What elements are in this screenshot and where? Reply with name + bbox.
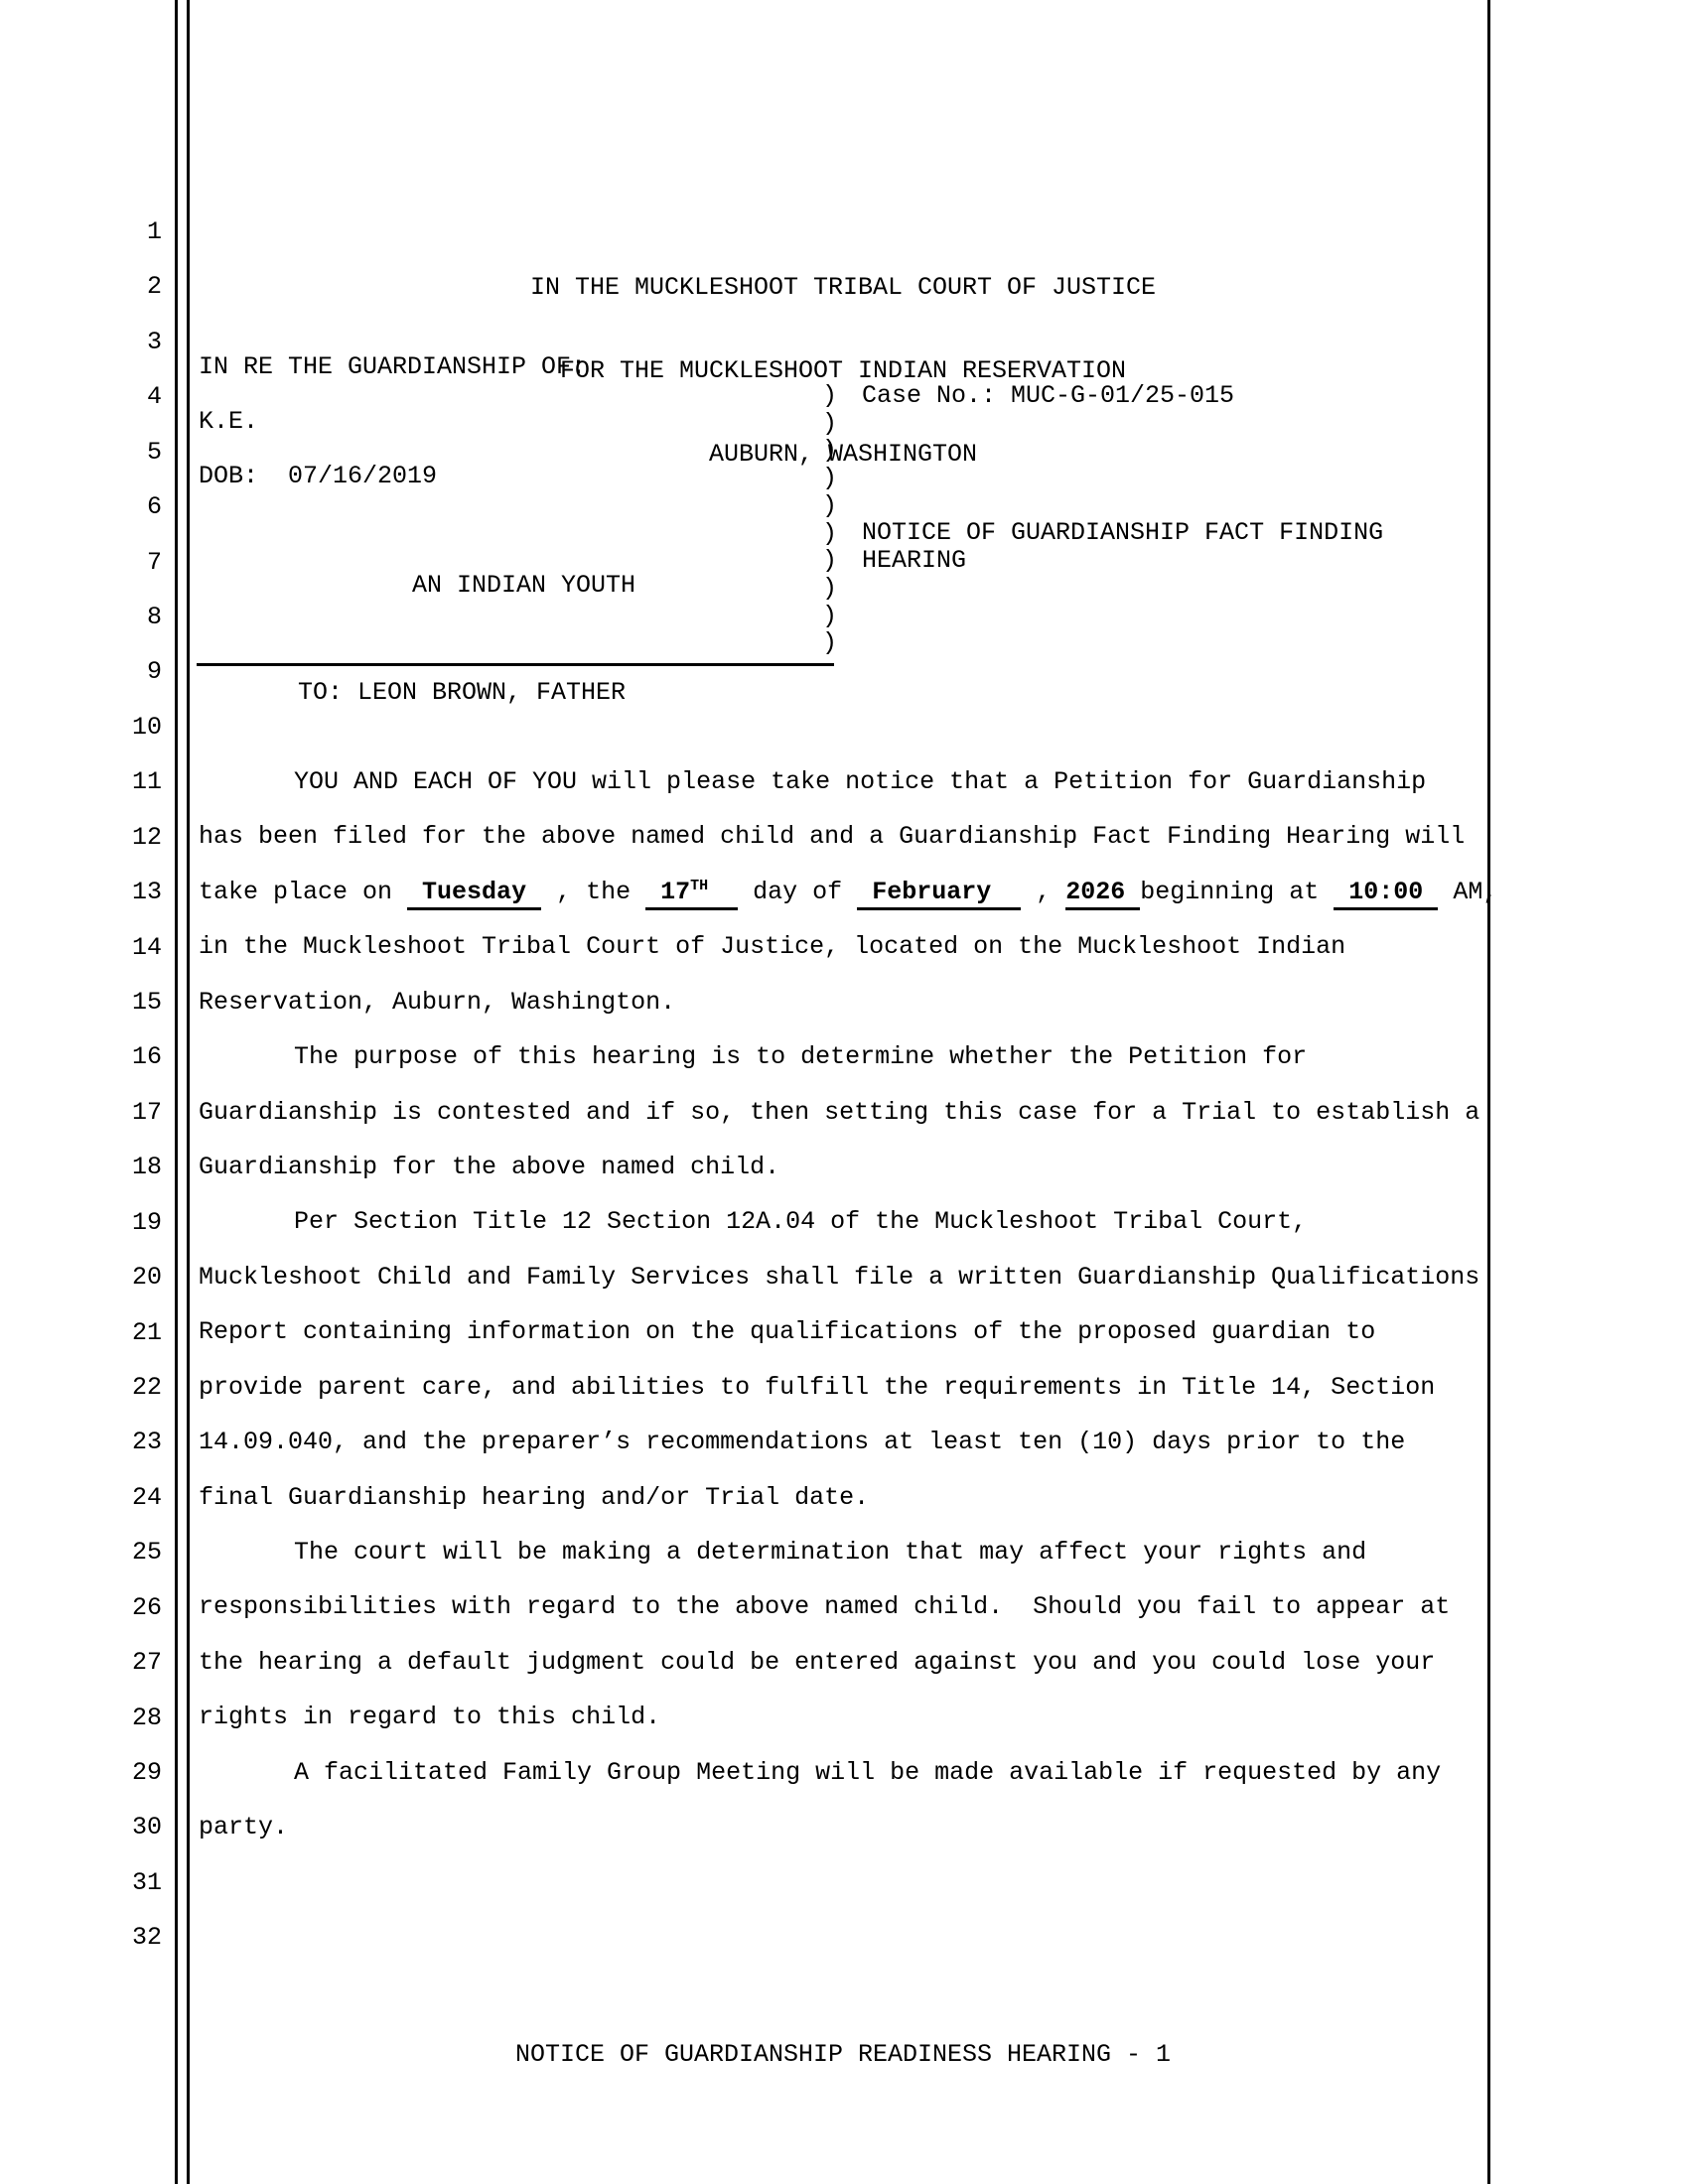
line-number: 32 (0, 1924, 162, 1952)
caption-underline (197, 663, 834, 666)
fill-in-value (708, 878, 738, 910)
body-text: has been filed for the above named child… (199, 822, 1465, 851)
body-text: Per Section Title 12 Section 12A.04 of t… (294, 1207, 1307, 1236)
caption-child-initials: K.E. (199, 408, 258, 436)
body-text: YOU AND EACH OF YOU will please take not… (294, 767, 1426, 796)
body-line: The purpose of this hearing is to determ… (199, 1043, 1307, 1071)
body-line: 14.09.040, and the preparer’s recommenda… (199, 1429, 1405, 1456)
line-number: 27 (0, 1649, 162, 1677)
line-number: 8 (0, 604, 162, 631)
body-text: rights in regard to this child. (199, 1703, 660, 1731)
body-line: A facilitated Family Group Meeting will … (199, 1759, 1441, 1787)
line-number: 30 (0, 1814, 162, 1842)
pleading-page: 1234567891011121314151617181920212223242… (0, 0, 1688, 2184)
caption-paren: ) (822, 382, 837, 410)
body-line: Report containing information on the qua… (199, 1318, 1375, 1346)
body-line: YOU AND EACH OF YOU will please take not… (199, 768, 1426, 796)
line-number: 20 (0, 1264, 162, 1292)
line-number: 9 (0, 658, 162, 686)
to-line: TO: LEON BROWN, FATHER (199, 679, 626, 707)
body-line: Reservation, Auburn, Washington. (199, 989, 675, 1017)
caption-dob: DOB: 07/16/2019 (199, 463, 437, 490)
body-line: final Guardianship hearing and/or Trial … (199, 1484, 869, 1512)
line-number: 1 (0, 218, 162, 246)
body-text: Muckleshoot Child and Family Services sh… (199, 1263, 1479, 1292)
fill-in-value: 2026 (1065, 878, 1140, 910)
line-number: 17 (0, 1099, 162, 1127)
body-text: provide parent care, and abilities to fu… (199, 1373, 1435, 1402)
caption-paren: ) (822, 547, 837, 575)
line-number: 21 (0, 1319, 162, 1347)
body-line: responsibilities with regard to the abov… (199, 1593, 1450, 1621)
left-double-rule-outer (175, 0, 178, 2184)
line-number: 19 (0, 1209, 162, 1237)
body-line: provide parent care, and abilities to fu… (199, 1374, 1435, 1402)
line-number: 13 (0, 879, 162, 906)
line-number: 29 (0, 1759, 162, 1787)
body-text: Guardianship is contested and if so, the… (199, 1098, 1479, 1127)
body-text: , (1021, 878, 1065, 906)
line-number: 14 (0, 934, 162, 962)
caption-paren: ) (822, 629, 837, 657)
body-line: party. (199, 1814, 288, 1842)
line-number: 25 (0, 1539, 162, 1567)
line-number: 23 (0, 1429, 162, 1456)
superscript-ordinal: TH (690, 878, 708, 894)
caption-in-re: IN RE THE GUARDIANSHIP OF: (199, 353, 586, 381)
body-text: AM, (1438, 878, 1497, 906)
caption-paren: ) (822, 437, 837, 465)
line-number: 7 (0, 549, 162, 577)
caption-paren: ) (822, 520, 837, 548)
body-line: Guardianship is contested and if so, the… (199, 1099, 1479, 1127)
right-margin-rule (1487, 0, 1490, 2184)
line-number: 11 (0, 768, 162, 796)
body-text: Guardianship for the above named child. (199, 1153, 779, 1181)
line-number: 6 (0, 493, 162, 521)
body-text: , the (541, 878, 645, 906)
body-text: A facilitated Family Group Meeting will … (294, 1758, 1441, 1787)
line-number: 31 (0, 1869, 162, 1897)
line-number: 24 (0, 1484, 162, 1512)
line-number: 18 (0, 1154, 162, 1181)
body-line: rights in regard to this child. (199, 1704, 660, 1731)
body-text: the hearing a default judgment could be … (199, 1648, 1435, 1677)
caption-paren: ) (822, 603, 837, 630)
line-number: 28 (0, 1705, 162, 1732)
body-text: responsibilities with regard to the abov… (199, 1592, 1450, 1621)
body-text: final Guardianship hearing and/or Trial … (199, 1483, 869, 1512)
body-text: Reservation, Auburn, Washington. (199, 988, 675, 1017)
case-number: Case No.: MUC-G-01/25-015 (862, 382, 1234, 410)
body-line: has been filed for the above named child… (199, 823, 1465, 851)
body-line: Per Section Title 12 Section 12A.04 of t… (199, 1208, 1307, 1236)
pleading-title: NOTICE OF GUARDIANSHIP FACT FINDING HEAR… (862, 519, 1383, 574)
body-text: party. (199, 1813, 288, 1842)
line-number: 16 (0, 1043, 162, 1071)
caption-paren: ) (822, 465, 837, 492)
line-number: 12 (0, 824, 162, 852)
body-text: The purpose of this hearing is to determ… (294, 1042, 1307, 1071)
footer-title: NOTICE OF GUARDIANSHIP READINESS HEARING… (199, 2041, 1487, 2069)
fill-in-value: 17TH (645, 878, 708, 910)
body-line: Guardianship for the above named child. (199, 1154, 779, 1181)
line-number: 5 (0, 439, 162, 467)
body-text: Report containing information on the qua… (199, 1317, 1375, 1346)
line-number: 22 (0, 1374, 162, 1402)
body-text: beginning at (1140, 878, 1334, 906)
caption-paren: ) (822, 492, 837, 520)
caption-paren: ) (822, 575, 837, 603)
body-text: day of (738, 878, 857, 906)
caption-paren-column: )))))))))) (822, 382, 837, 657)
line-number: 15 (0, 989, 162, 1017)
body-line: in the Muckleshoot Tribal Court of Justi… (199, 933, 1345, 961)
body-text: 14.09.040, and the preparer’s recommenda… (199, 1428, 1405, 1456)
court-name: IN THE MUCKLESHOOT TRIBAL COURT OF JUSTI… (199, 274, 1487, 302)
line-number: 2 (0, 273, 162, 301)
body-text: The court will be making a determination… (294, 1538, 1366, 1567)
body-line: The court will be making a determination… (199, 1539, 1366, 1567)
fill-in-value: 10:00 (1334, 878, 1438, 910)
caption-youth-line: AN INDIAN YOUTH (412, 572, 635, 600)
body-text: take place on (199, 878, 407, 906)
left-double-rule-inner (187, 0, 190, 2184)
line-number: 4 (0, 383, 162, 411)
line-number: 26 (0, 1594, 162, 1622)
caption-paren: ) (822, 410, 837, 438)
fill-in-value: Tuesday (407, 878, 541, 910)
fill-in-value: February (857, 878, 1021, 910)
body-line: take place on Tuesday , the 17TH day of … (199, 879, 1497, 909)
body-line: Muckleshoot Child and Family Services sh… (199, 1264, 1479, 1292)
body-line: the hearing a default judgment could be … (199, 1649, 1435, 1677)
body-text: in the Muckleshoot Tribal Court of Justi… (199, 932, 1345, 961)
line-number: 3 (0, 329, 162, 356)
line-number: 10 (0, 714, 162, 742)
